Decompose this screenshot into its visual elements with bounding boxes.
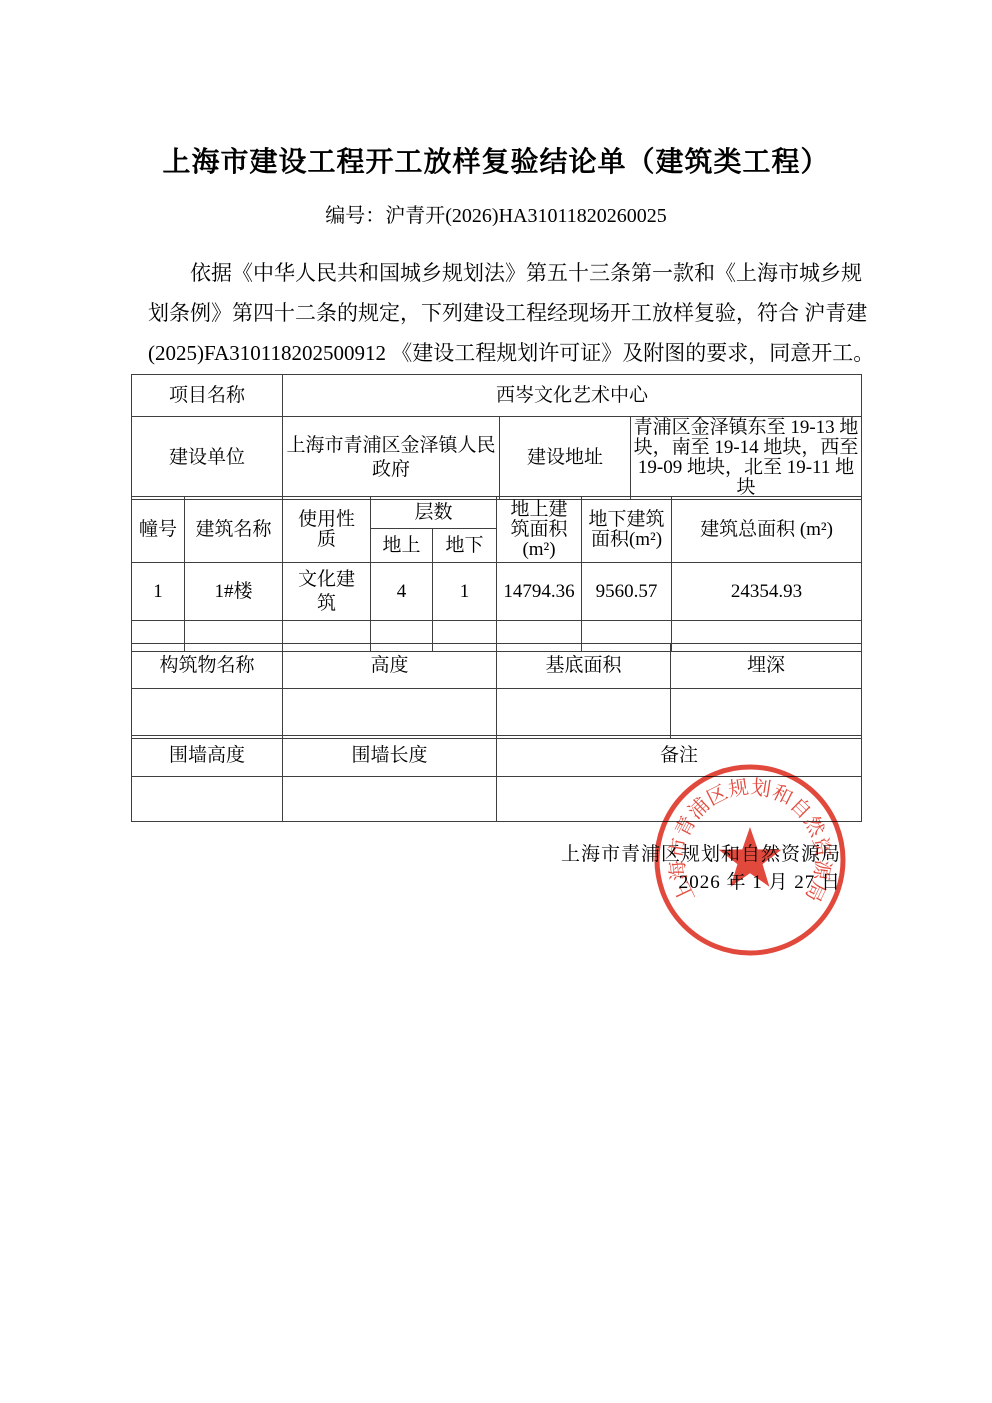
empty-cell — [132, 689, 283, 739]
building-floors-above: 4 — [371, 563, 433, 621]
intro-line-2: 划条例》第四十二条的规定，下列建设工程经现场开工放样复验，符合 沪青建 — [148, 293, 850, 333]
intro-paragraph: 依据《中华人民共和国城乡规划法》第五十三条第一款和《上海市城乡规 划条例》第四十… — [148, 253, 850, 373]
building-row-1: 1 1#楼 文化建筑 4 1 14794.36 9560.57 24354.93 — [132, 563, 862, 621]
building-table: 幢号 建筑名称 使用性质 层数 地上建筑面积(m²) 地下建筑面积(m²) 建筑… — [131, 496, 862, 652]
intro-line-3: (2025)FA310118202500912 《建设工程规划许可证》及附图的要… — [148, 333, 850, 373]
project-info-table: 项目名称 西岑文化艺术中心 建设单位 上海市青浦区金泽镇人民政府 建设地址 青浦… — [131, 374, 862, 500]
col-header-wall-length: 围墙长度 — [283, 736, 497, 777]
col-header-usage: 使用性质 — [283, 497, 371, 563]
star-icon — [719, 827, 782, 887]
address-value: 青浦区金泽镇东至 19-13 地块，南至 19-14 地块，西至 19-09 地… — [631, 417, 862, 500]
col-header-area-below: 地下建筑面积(m²) — [582, 497, 672, 563]
empty-cell — [671, 689, 862, 739]
building-usage: 文化建筑 — [283, 563, 371, 621]
building-area-above: 14794.36 — [497, 563, 582, 621]
building-floors-below: 1 — [433, 563, 497, 621]
project-name-value: 西岑文化艺术中心 — [283, 375, 862, 417]
col-header-floors: 层数 — [371, 497, 497, 529]
empty-cell — [132, 777, 283, 822]
official-stamp: 上海市青浦区规划和自然资源局 — [651, 761, 849, 959]
col-header-structure-depth: 埋深 — [671, 644, 862, 689]
col-header-floors-above: 地上 — [371, 529, 433, 563]
building-name: 1#楼 — [185, 563, 283, 621]
empty-cell — [497, 689, 671, 739]
address-label: 建设地址 — [500, 417, 631, 500]
col-header-area-total: 建筑总面积 (m²) — [672, 497, 862, 563]
empty-cell — [283, 777, 497, 822]
building-area-below: 9560.57 — [582, 563, 672, 621]
structure-row-empty — [132, 689, 862, 739]
col-header-building-name: 建筑名称 — [185, 497, 283, 563]
project-name-label: 项目名称 — [132, 375, 283, 417]
col-header-building-no: 幢号 — [132, 497, 185, 563]
doc-number: 编号：沪青开(2026)HA31011820260025 — [0, 199, 992, 228]
owner-value: 上海市青浦区金泽镇人民政府 — [283, 417, 500, 500]
page-title: 上海市建设工程开工放样复验结论单（建筑类工程） — [0, 140, 992, 180]
col-header-structure-height: 高度 — [283, 644, 497, 689]
col-header-structure-base-area: 基底面积 — [497, 644, 671, 689]
owner-label: 建设单位 — [132, 417, 283, 500]
structure-table: 构筑物名称 高度 基底面积 埋深 — [131, 643, 862, 739]
empty-cell — [283, 689, 497, 739]
building-area-total: 24354.93 — [672, 563, 862, 621]
col-header-floors-below: 地下 — [433, 529, 497, 563]
intro-line-1: 依据《中华人民共和国城乡规划法》第五十三条第一款和《上海市城乡规 — [148, 253, 850, 293]
building-no: 1 — [132, 563, 185, 621]
col-header-structure-name: 构筑物名称 — [132, 644, 283, 689]
col-header-wall-height: 围墙高度 — [132, 736, 283, 777]
col-header-area-above: 地上建筑面积(m²) — [497, 497, 582, 563]
